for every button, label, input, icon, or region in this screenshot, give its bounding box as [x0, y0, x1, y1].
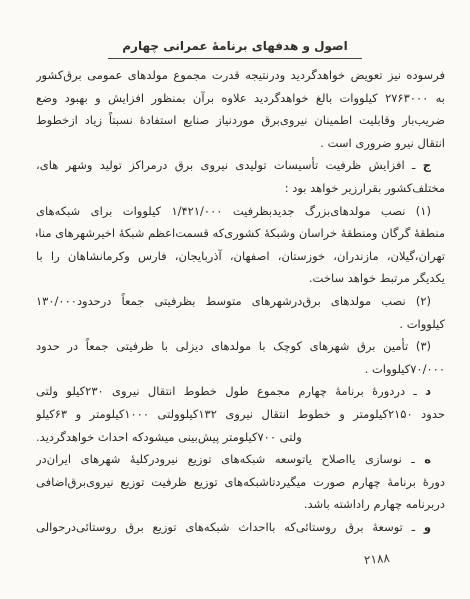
- section-letter: ه: [424, 452, 431, 466]
- page-header: اصول و هدفهای برنامهٔ عمرانی چهارم: [0, 35, 470, 59]
- section-letter: ج: [423, 158, 431, 172]
- text-line: و ـ توسعهٔ برق روستائی‌که بااحداث شبکه‌ه…: [36, 516, 445, 539]
- text-line: ج ـ افزایش ظرفیت تأسیسات تولیدی نیروی بر…: [36, 154, 445, 177]
- document-body: فرسوده نیز تعویض خواهدگردید ودرنتیجه قدر…: [36, 64, 445, 538]
- text-line: دورهٔ برنامهٔ چهارم صورت میگیردتاشبکه‌ها…: [36, 471, 445, 494]
- text-line: حدود ۲۱۵۰کیلومتر و خطوط انتقال نیروی ۱۳۲…: [36, 403, 445, 426]
- page-title: اصول و هدفهای برنامهٔ عمرانی چهارم: [108, 39, 361, 59]
- text-line: کیلووات .: [36, 313, 445, 336]
- text-line: انتقال نیرو ضروری است .: [36, 132, 445, 155]
- section-letter: و: [424, 520, 431, 534]
- text-line: ه ـ نوسازی یااصلاح یاتوسعه شبکه‌های توزی…: [36, 448, 445, 471]
- text-line-content: ـ نوسازی یااصلاح یاتوسعه شبکه‌های توزیع …: [36, 452, 415, 466]
- text-line: مختلف‌کشور بقرارزیر خواهد بود :: [36, 177, 445, 200]
- text-line: ۷۰/۰۰۰کیلووات .: [36, 358, 445, 381]
- page-number: ۲۱۸۸: [364, 551, 391, 567]
- text-line-content: ـ دردورهٔ برنامهٔ چهارم مجموع طول خطوط ا…: [36, 384, 417, 398]
- text-line: (۳) تأمین برق شهرهای کوچک با مولدهای دیز…: [36, 335, 445, 358]
- text-line-content: ـ توسعهٔ برق روستائی‌که بااحداث شبکه‌های…: [36, 520, 415, 534]
- text-line: منطقهٔ گرگان ومنطقهٔ خراسان وشبکهٔ کشوری…: [36, 222, 445, 245]
- text-line: ضریب‌بار وقابلیت اطمینان نیروی‌برق موردن…: [36, 109, 445, 132]
- text-line: فرسوده نیز تعویض خواهدگردید ودرنتیجه قدر…: [36, 64, 445, 87]
- section-letter: د: [425, 384, 431, 398]
- text-line: تهران،گیلان، مازندران، خوزستان، اصفهان، …: [36, 245, 445, 268]
- text-line: به ۲۷۶۳۰۰۰ کیلووات بالغ خواهدگردید علاوه…: [36, 87, 445, 110]
- text-line-content: یکدیگر مرتبط خواهد ساخت.: [309, 267, 445, 290]
- text-line-content: ـ افزایش ظرفیت تأسیسات تولیدی نیروی برق …: [36, 158, 415, 172]
- text-line: (۱) نصب مولدهای‌بزرگ جدیدبظرفیت ۱/۴۲۱/۰۰…: [36, 200, 445, 223]
- text-line: یکدیگر مرتبط خواهد ساخت.: [36, 267, 445, 290]
- text-line: (۲) نصب مولدهای برق‌درشهرهای متوسط بظرفی…: [36, 290, 445, 313]
- text-line: دربرنامه چهارم راداشته باشد.: [36, 493, 445, 516]
- document-page: اصول و هدفهای برنامهٔ عمرانی چهارم فرسود…: [0, 0, 470, 599]
- text-line: د ـ دردورهٔ برنامهٔ چهارم مجموع طول خطوط…: [36, 380, 445, 403]
- text-line: ولتی ۷۰۰کیلومتر پیش‌بینی میشودکه احداث خ…: [36, 426, 445, 449]
